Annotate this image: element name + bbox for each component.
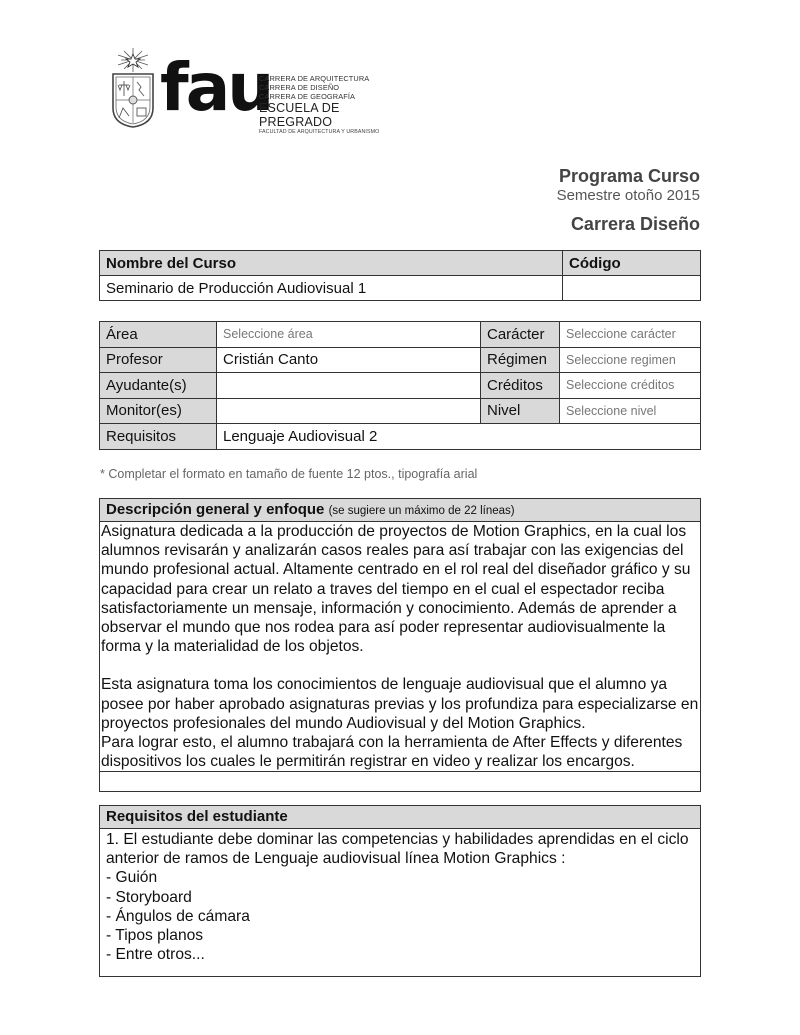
description-footer-row[interactable] <box>100 771 700 791</box>
logo-faculty: FACULTAD DE ARQUITECTURA Y URBANISMO <box>259 129 408 136</box>
ayudante-label: Ayudante(s) <box>100 373 217 399</box>
logo-line-diseno: CARRERA DE DISEÑO <box>259 83 408 92</box>
student-requirements-section: Requisitos del estudiante 1. El estudian… <box>99 805 701 977</box>
regimen-select[interactable]: Seleccione regimen <box>560 347 701 373</box>
requirements-title: Requisitos del estudiante <box>106 808 288 825</box>
area-label: Área <box>100 322 217 348</box>
description-section: Descripción general y enfoque (se sugier… <box>99 498 701 792</box>
detail-row: Profesor Cristián Canto Régimen Seleccio… <box>100 347 701 373</box>
title-block: Programa Curso Semestre otoño 2015 Carre… <box>557 165 700 235</box>
requirements-header: Requisitos del estudiante <box>100 806 700 829</box>
logo-line-arquitectura: CARRERA DE ARQUITECTURA <box>259 74 408 83</box>
description-hint: (se sugiere un máximo de 22 líneas) <box>329 505 515 517</box>
logo-line-geografia: CARRERA DE GEOGRAFÍA <box>259 92 408 101</box>
list-item: - Tipos planos <box>106 926 694 945</box>
course-name-table: Nombre del Curso Código Seminario de Pro… <box>99 250 701 301</box>
nivel-label: Nivel <box>481 398 560 424</box>
monitor-label: Monitor(es) <box>100 398 217 424</box>
course-name-label: Nombre del Curso <box>100 251 563 276</box>
logo-school: ESCUELA DE PREGRADO <box>259 101 408 129</box>
course-details-table: Área Seleccione área Carácter Seleccione… <box>99 321 701 450</box>
list-item: - Storyboard <box>106 888 694 907</box>
ayudante-value[interactable] <box>217 373 481 399</box>
nivel-select[interactable]: Seleccione nivel <box>560 398 701 424</box>
detail-row: Ayudante(s) Créditos Seleccione créditos <box>100 373 701 399</box>
description-paragraph: Esta asignatura toma los conocimientos d… <box>101 675 699 733</box>
fau-logo: fau CARRERA DE ARQUITECTURA CARRERA DE D… <box>108 46 408 132</box>
detail-row: Requisitos Lenguaje Audiovisual 2 <box>100 424 701 450</box>
monitor-value[interactable] <box>217 398 481 424</box>
creditos-label: Créditos <box>481 373 560 399</box>
area-select[interactable]: Seleccione área <box>217 322 481 348</box>
logo-text: CARRERA DE ARQUITECTURA CARRERA DE DISEÑ… <box>259 74 408 136</box>
course-code-value[interactable] <box>563 276 701 301</box>
course-name-value[interactable]: Seminario de Producción Audiovisual 1 <box>100 276 563 301</box>
description-header: Descripción general y enfoque (se sugier… <box>100 499 700 522</box>
requirements-body[interactable]: 1. El estudiante debe dominar las compet… <box>100 829 700 965</box>
description-paragraph: Asignatura dedicada a la producción de p… <box>101 522 699 656</box>
description-body[interactable]: Asignatura dedicada a la producción de p… <box>100 522 700 771</box>
list-item: - Guión <box>106 868 694 887</box>
caracter-label: Carácter <box>481 322 560 348</box>
format-note: * Completar el formato en tamaño de fuen… <box>100 467 477 481</box>
detail-row: Área Seleccione área Carácter Seleccione… <box>100 322 701 348</box>
program-title: Programa Curso <box>557 165 700 187</box>
description-paragraph: Para lograr esto, el alumno trabajará co… <box>101 733 699 771</box>
profesor-label: Profesor <box>100 347 217 373</box>
requirements-intro: 1. El estudiante debe dominar las compet… <box>106 830 694 868</box>
creditos-select[interactable]: Seleccione créditos <box>560 373 701 399</box>
university-crest-icon <box>110 46 156 128</box>
regimen-label: Régimen <box>481 347 560 373</box>
semester: Semestre otoño 2015 <box>557 187 700 205</box>
list-item: - Ángulos de cámara <box>106 907 694 926</box>
caracter-select[interactable]: Seleccione carácter <box>560 322 701 348</box>
career-title: Carrera Diseño <box>557 213 700 235</box>
requisitos-label: Requisitos <box>100 424 217 450</box>
detail-row: Monitor(es) Nivel Seleccione nivel <box>100 398 701 424</box>
list-item: - Entre otros... <box>106 945 694 964</box>
logo-wordmark: fau <box>160 48 271 128</box>
requisitos-value[interactable]: Lenguaje Audiovisual 2 <box>217 424 701 450</box>
course-code-label: Código <box>563 251 701 276</box>
description-title: Descripción general y enfoque <box>106 501 324 518</box>
profesor-value[interactable]: Cristián Canto <box>217 347 481 373</box>
